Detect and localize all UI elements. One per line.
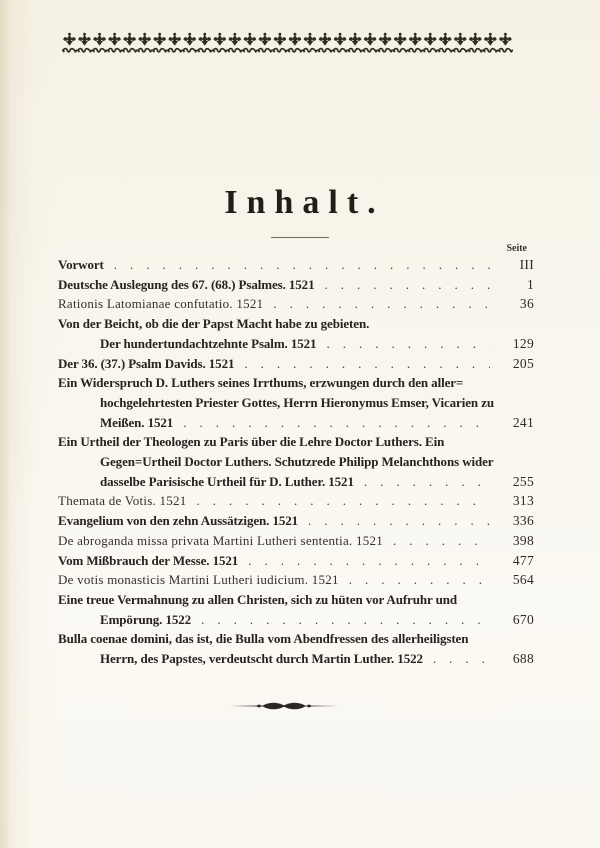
entry-text: Deutsche Auslegung des 67. (68.) Psalmes… xyxy=(58,275,315,295)
entry-text: Meißen. 1521 xyxy=(100,413,173,433)
toc-entry-line: Eine treue Vermahnung zu allen Christen,… xyxy=(58,590,534,610)
book-page: Inhalt. Seite VorwortIIIDeutsche Auslegu… xyxy=(0,0,600,848)
dot-leader xyxy=(183,413,490,433)
dot-leader xyxy=(248,551,490,571)
toc-entry-line: Herrn, des Papstes, verdeutscht durch Ma… xyxy=(58,649,534,669)
dot-leader xyxy=(349,570,490,590)
toc-entry: Themata de Votis. 1521313 xyxy=(58,491,534,511)
tailpiece-ornament-icon xyxy=(229,699,339,713)
entry-text: De abroganda missa privata Martini Luthe… xyxy=(58,531,383,551)
entry-text: dasselbe Parisische Urtheil für D. Luthe… xyxy=(100,472,354,492)
page-title: Inhalt. xyxy=(0,184,600,222)
toc-entry: De abroganda missa privata Martini Luthe… xyxy=(58,531,534,551)
page-number: 1 xyxy=(496,275,534,295)
page-number: 313 xyxy=(496,491,534,511)
entry-text: Eine treue Vermahnung zu allen Christen,… xyxy=(58,590,457,610)
toc-entry: Ein Urtheil der Theologen zu Paris über … xyxy=(58,432,534,491)
entry-text: Evangelium von den zehn Aussätzigen. 152… xyxy=(58,511,298,531)
toc-entry-line: Der hundertundachtzehnte Psalm. 1521129 xyxy=(58,334,534,354)
entry-text: Themata de Votis. 1521 xyxy=(58,491,187,511)
toc-entry: Ein Widerspruch D. Luthers seines Irrthu… xyxy=(58,373,534,432)
toc-entry-line: Themata de Votis. 1521313 xyxy=(58,491,534,511)
page-number: 688 xyxy=(496,649,534,669)
toc-entry: Bulla coenae domini, das ist, die Bulla … xyxy=(58,629,534,668)
toc-entry: De votis monasticis Martini Lutheri iudi… xyxy=(58,570,534,590)
page-number: 670 xyxy=(496,610,534,630)
toc-entry: Rationis Latomianae confutatio. 152136 xyxy=(58,294,534,314)
toc-entry: Deutsche Auslegung des 67. (68.) Psalmes… xyxy=(58,275,534,295)
entry-text: Rationis Latomianae confutatio. 1521 xyxy=(58,294,263,314)
page-number: 129 xyxy=(496,334,534,354)
page-number: 255 xyxy=(496,472,534,492)
toc-entry-line: De abroganda missa privata Martini Luthe… xyxy=(58,531,534,551)
title-divider xyxy=(271,237,329,238)
toc-entry: Evangelium von den zehn Aussätzigen. 152… xyxy=(58,511,534,531)
toc-entry-line: Deutsche Auslegung des 67. (68.) Psalmes… xyxy=(58,275,534,295)
toc-entry-line: Empörung. 1522670 xyxy=(58,610,534,630)
toc-list: Seite VorwortIIIDeutsche Auslegung des 6… xyxy=(58,243,534,669)
entry-text: Empörung. 1522 xyxy=(100,610,191,630)
page-number: 205 xyxy=(496,354,534,374)
entry-text: Ein Widerspruch D. Luthers seines Irrthu… xyxy=(58,373,463,393)
page-number: 477 xyxy=(496,551,534,571)
entry-text: Gegen=Urtheil Doctor Luthers. Schutzrede… xyxy=(100,452,493,472)
toc-entry-line: Meißen. 1521241 xyxy=(58,413,534,433)
toc-entry-line: Ein Widerspruch D. Luthers seines Irrthu… xyxy=(58,373,534,393)
entry-text: Der 36. (37.) Psalm Davids. 1521 xyxy=(58,354,234,374)
toc-entry-line: dasselbe Parisische Urtheil für D. Luthe… xyxy=(58,472,534,492)
page-number: III xyxy=(496,255,534,275)
entry-text: Vom Mißbrauch der Messe. 1521 xyxy=(58,551,238,571)
page-number: 564 xyxy=(496,570,534,590)
dot-leader xyxy=(201,610,490,630)
dot-leader xyxy=(326,334,490,354)
toc-entry-line: Evangelium von den zehn Aussätzigen. 152… xyxy=(58,511,534,531)
entry-text: De votis monasticis Martini Lutheri iudi… xyxy=(58,570,339,590)
toc-entry: Der 36. (37.) Psalm Davids. 1521205 xyxy=(58,354,534,374)
entry-text: hochgelehrtesten Priester Gottes, Herrn … xyxy=(100,393,494,413)
entry-text: Herrn, des Papstes, verdeutscht durch Ma… xyxy=(100,649,423,669)
toc-entry-line: Rationis Latomianae confutatio. 152136 xyxy=(58,294,534,314)
dot-leader xyxy=(308,511,490,531)
toc-entry-line: hochgelehrtesten Priester Gottes, Herrn … xyxy=(58,393,534,413)
toc-entry: Eine treue Vermahnung zu allen Christen,… xyxy=(58,590,534,629)
toc-entry-line: VorwortIII xyxy=(58,255,534,275)
page-number: 336 xyxy=(496,511,534,531)
dot-leader xyxy=(433,649,490,669)
toc-entry-line: Der 36. (37.) Psalm Davids. 1521205 xyxy=(58,354,534,374)
page-number: 398 xyxy=(496,531,534,551)
dot-leader xyxy=(197,491,490,511)
page-number: 241 xyxy=(496,413,534,433)
dot-leader xyxy=(364,472,490,492)
page-column-header: Seite xyxy=(58,243,534,254)
entry-text: Vorwort xyxy=(58,255,104,275)
toc-entry-line: De votis monasticis Martini Lutheri iudi… xyxy=(58,570,534,590)
dot-leader xyxy=(273,294,490,314)
dot-leader xyxy=(114,255,490,275)
dot-leader xyxy=(244,354,490,374)
toc-entry-line: Von der Beicht, ob die der Papst Macht h… xyxy=(58,314,534,334)
toc-entry-line: Ein Urtheil der Theologen zu Paris über … xyxy=(58,432,534,452)
toc-entry-line: Vom Mißbrauch der Messe. 1521477 xyxy=(58,551,534,571)
dot-leader xyxy=(393,531,490,551)
toc-entry: Vom Mißbrauch der Messe. 1521477 xyxy=(58,551,534,571)
page-number: 36 xyxy=(496,294,534,314)
entry-text: Von der Beicht, ob die der Papst Macht h… xyxy=(58,314,369,334)
entry-text: Ein Urtheil der Theologen zu Paris über … xyxy=(58,432,444,452)
toc-entry-line: Bulla coenae domini, das ist, die Bulla … xyxy=(58,629,534,649)
dot-leader xyxy=(325,275,491,295)
entry-text: Der hundertundachtzehnte Psalm. 1521 xyxy=(100,334,316,354)
floral-border-icon xyxy=(62,32,513,56)
toc-entry: VorwortIII xyxy=(58,255,534,275)
toc-entry-line: Gegen=Urtheil Doctor Luthers. Schutzrede… xyxy=(58,452,534,472)
toc-entry: Von der Beicht, ob die der Papst Macht h… xyxy=(58,314,534,353)
entry-text: Bulla coenae domini, das ist, die Bulla … xyxy=(58,629,468,649)
